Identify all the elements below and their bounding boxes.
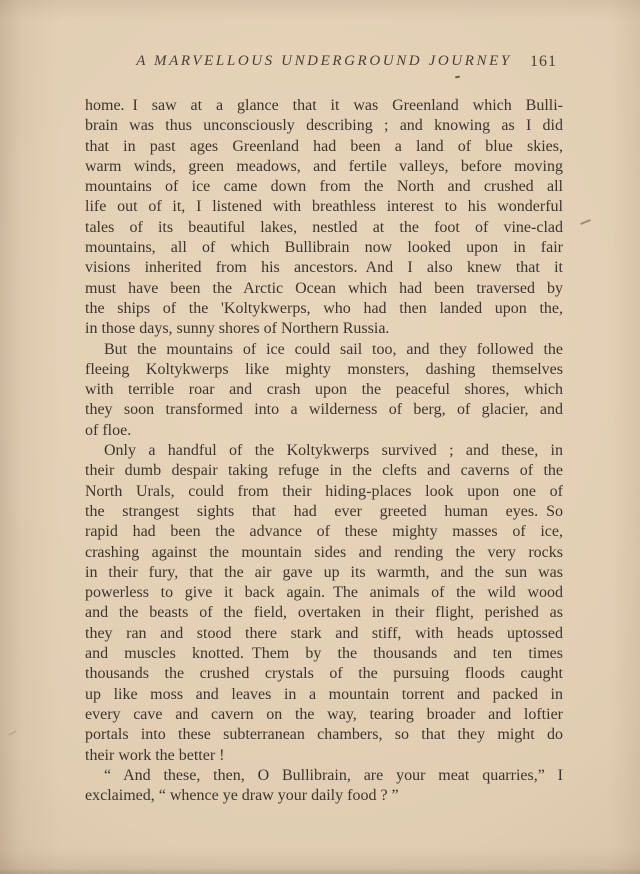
text-line: their work the better ! <box>85 746 563 766</box>
pencil-mark <box>580 219 591 225</box>
text-line: and muscles knotted. Them by the thousan… <box>85 644 563 664</box>
text-line: life out of it, I listened with breathle… <box>85 197 563 217</box>
text-line: and the beasts of the field, overtaken i… <box>85 603 563 623</box>
text-line: their dumb despair taking refuge in the … <box>85 461 563 481</box>
text-line: home. I saw at a glance that it was Gree… <box>85 96 563 116</box>
paragraph: “ And these, then, O Bullibrain, are you… <box>85 766 563 807</box>
text-line: the ships of the 'Koltykwerps, who had t… <box>85 299 563 319</box>
page-number: 161 <box>530 53 557 71</box>
text-line: they ran and stood there stark and stiff… <box>85 624 563 644</box>
text-line: must have been the Arctic Ocean which ha… <box>85 279 563 299</box>
book-page-scan: A MARVELLOUS UNDERGROUND JOURNEY 161 hom… <box>0 0 640 874</box>
text-line: But the mountains of ice could sail too,… <box>85 340 563 360</box>
text-line: that in past ages Greenland had been a l… <box>85 137 563 157</box>
text-line: Only a handful of the Koltykwerps surviv… <box>85 441 563 461</box>
text-line: thousands the crushed crystals of the pu… <box>85 664 563 684</box>
text-line: with terrible roar and crash upon the pe… <box>85 380 563 400</box>
text-line: portals into these subterranean chambers… <box>85 725 563 745</box>
text-line: visions inherited from his ancestors. An… <box>85 258 563 278</box>
text-line: exclaimed, “ whence ye draw your daily f… <box>85 786 563 806</box>
text-line: warm winds, green meadows, and fertile v… <box>85 157 563 177</box>
paragraph: home. I saw at a glance that it was Gree… <box>85 96 563 340</box>
text-line: tales of its beautiful lakes, nestled at… <box>85 218 563 238</box>
text-line: in those days, sunny shores of Northern … <box>85 319 563 339</box>
text-line: rapid had been the advance of these migh… <box>85 522 563 542</box>
text-line: they soon transformed into a wilderness … <box>85 400 563 420</box>
text-line: mountains, all of which Bullibrain now l… <box>85 238 563 258</box>
paragraph: Only a handful of the Koltykwerps surviv… <box>85 441 563 766</box>
text-line: in their fury, that the air gave up its … <box>85 563 563 583</box>
text-block: home. I saw at a glance that it was Gree… <box>85 96 563 806</box>
text-line: “ And these, then, O Bullibrain, are you… <box>85 766 563 786</box>
scratch-mark <box>8 730 17 736</box>
text-line: every cave and cavern on the way, tearin… <box>85 705 563 725</box>
text-line: the strangest sights that had ever greet… <box>85 502 563 522</box>
running-head: A MARVELLOUS UNDERGROUND JOURNEY 161 <box>85 53 563 73</box>
text-line: fleeing Koltykwerps like mighty monsters… <box>85 360 563 380</box>
text-line: North Urals, could from their hiding-pla… <box>85 482 563 502</box>
ink-dot-mark <box>455 76 460 79</box>
text-line: of floe. <box>85 421 563 441</box>
text-line: up like moss and leaves in a mountain to… <box>85 685 563 705</box>
text-line: brain was thus unconsciously describing … <box>85 116 563 136</box>
running-title: A MARVELLOUS UNDERGROUND JOURNEY <box>85 53 563 70</box>
paragraph: But the mountains of ice could sail too,… <box>85 340 563 441</box>
text-line: mountains of ice came down from the Nort… <box>85 177 563 197</box>
text-line: crashing against the mountain sides and … <box>85 543 563 563</box>
text-line: powerless to give it back again. The ani… <box>85 583 563 603</box>
